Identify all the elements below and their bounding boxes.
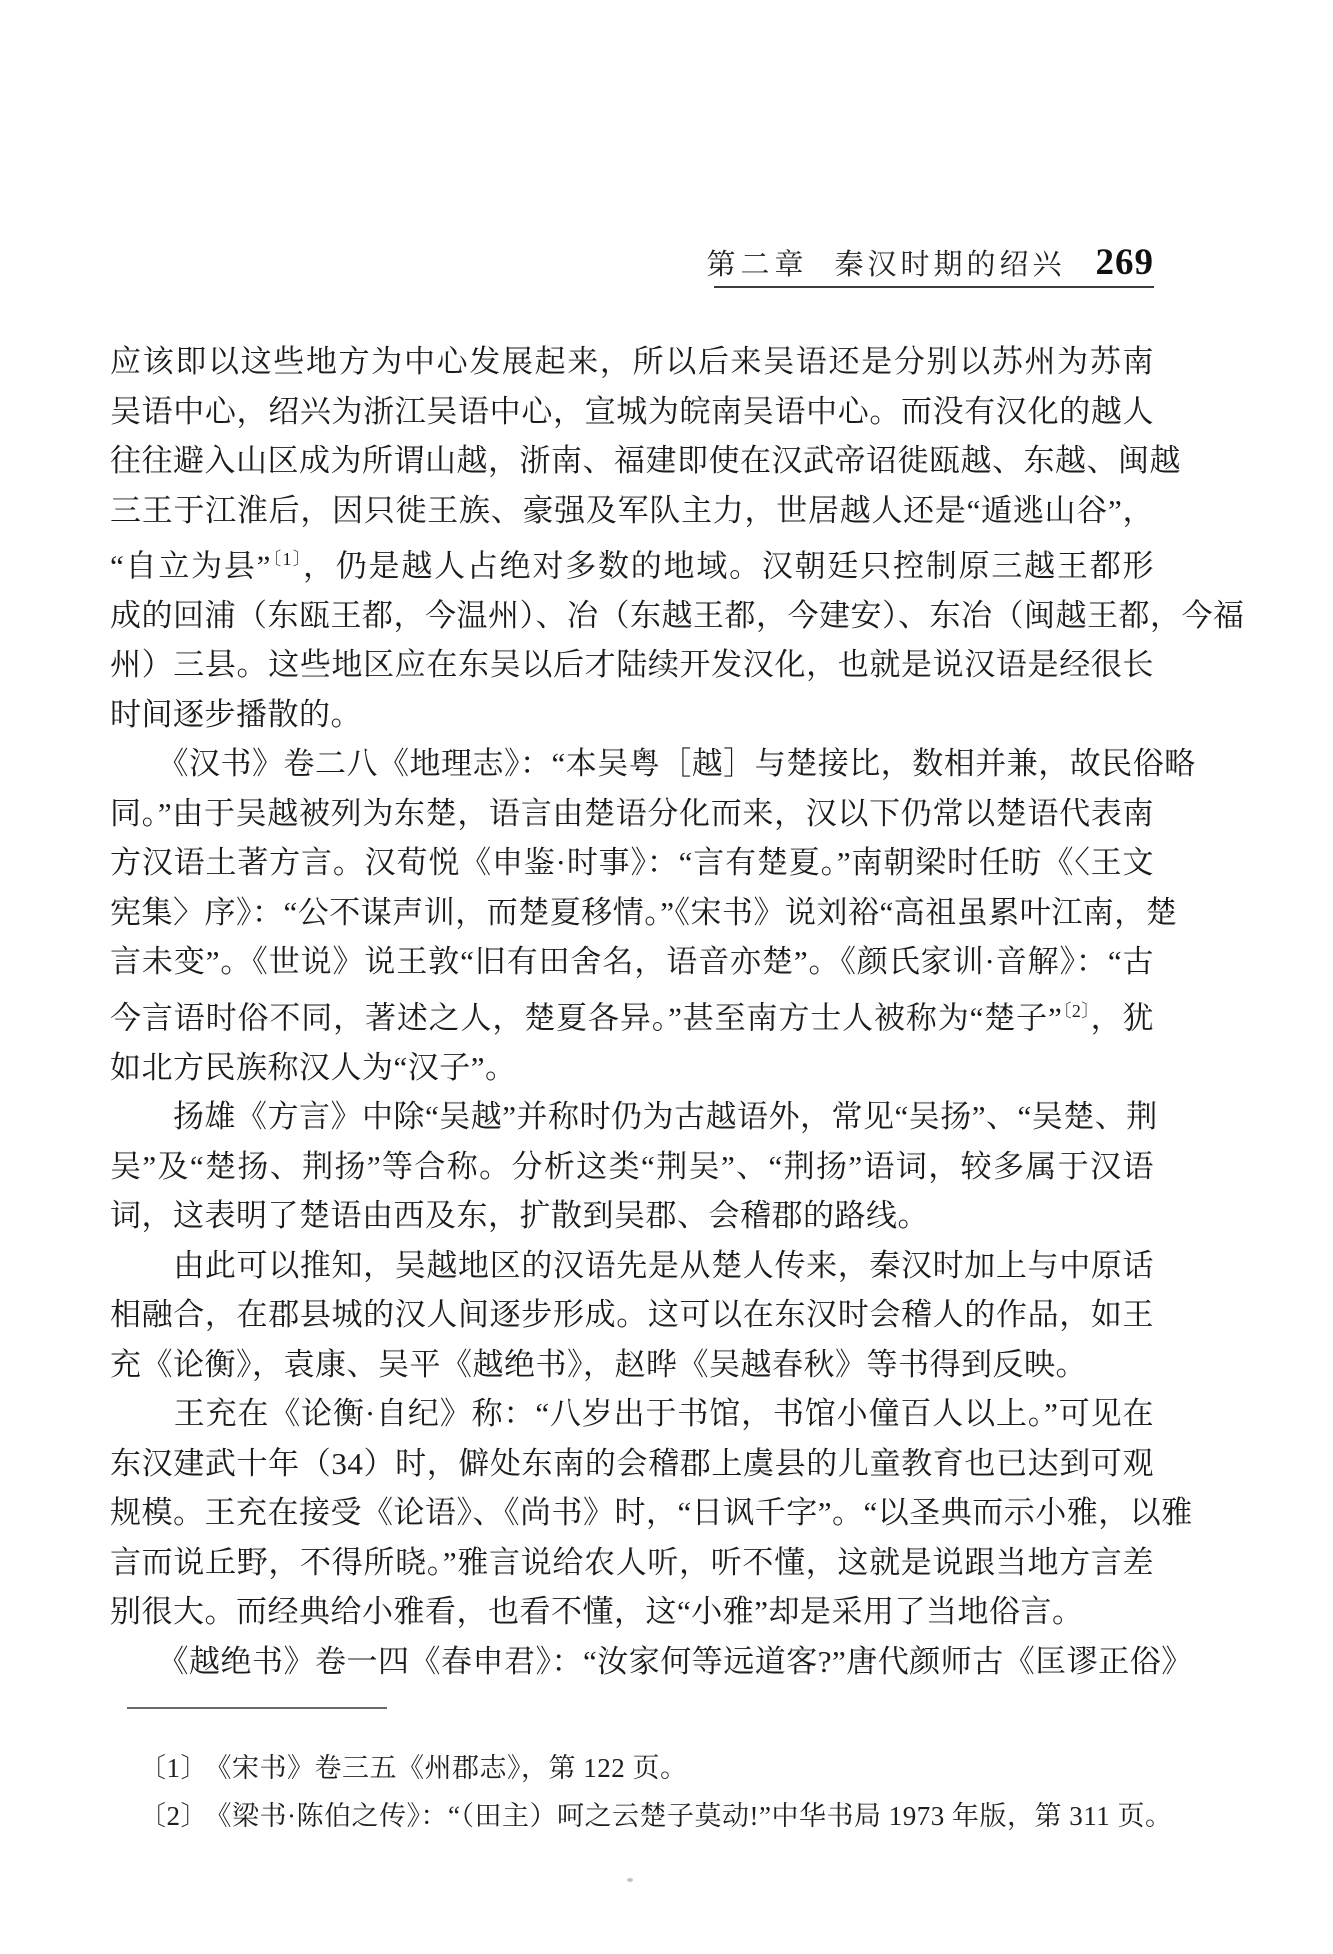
body-line: “自立为县”〔1〕，仍是越人占绝对多数的地域。汉朝廷只控制原三越王都形 (110, 535, 1154, 591)
body-line: 言而说丘野，不得所晓。”雅言说给农人听，听不懂，这就是说跟当地方言差 (110, 1538, 1154, 1588)
body-line-text: ，仍是越人占绝对多数的地域。汉朝廷只控制原三越王都形 (303, 548, 1154, 583)
body-line-text: 方汉语土著方言。汉荀悦《申鉴·时事》：“言有楚夏。”南朝梁时任昉《〈王文 (110, 845, 1154, 880)
body-line-text: 吴”及“楚扬、荆扬”等合称。分析这类“荆吴”、“荆扬”语词，较多属于汉语 (110, 1149, 1154, 1184)
body-line: 宪集〉序》：“公不谋声训，而楚夏移情。”《宋书》说刘裕“高祖虽累叶江南，楚 (110, 888, 1154, 938)
body-line: 规模。王充在接受《论语》、《尚书》时，“日讽千字”。“以圣典而示小雅，以雅 (110, 1488, 1154, 1538)
body-line-text: 州）三县。这些地区应在东吴以后才陆续开发汉化，也就是说汉语是经很长 (110, 647, 1154, 682)
body-line: 言未变”。《世说》说王敦“旧有田舍名，语音亦楚”。《颜氏家训·音解》：“古 (110, 937, 1154, 987)
body-line-text: 由此可以推知，吴越地区的汉语先是从楚人传来，秦汉时加上与中原话 (110, 1248, 1154, 1283)
body-line-text: 往往避入山区成为所谓山越，浙南、福建即使在汉武帝诏徙瓯越、东越、闽越 (110, 443, 1181, 478)
body-line: 今言语时俗不同，著述之人，楚夏各异。”甚至南方士人被称为“楚子”〔2〕，犹 (110, 987, 1154, 1043)
footnote-2: 〔2〕《梁书·陈伯之传》：“（田主）呵之云楚子莫动!”中华书局 1973 年版，… (139, 1792, 1189, 1840)
body-line-text: 《汉书》卷二八《地理志》：“本吴粤［越］与楚接比，数相并兼，故民俗略 (110, 746, 1196, 781)
body-line: 如北方民族称汉人为“汉子”。 (110, 1043, 1154, 1093)
footnote-reference: 〔2〕 (1062, 1001, 1090, 1021)
body-line: 同。”由于吴越被列为东楚，语言由楚语分化而来，汉以下仍常以楚语代表南 (110, 789, 1154, 839)
body-line: 相融合，在郡县城的汉人间逐步形成。这可以在东汉时会稽人的作品，如王 (110, 1290, 1154, 1340)
footnote-1-marker: 〔1〕 (139, 1753, 208, 1783)
body-line-text: 充《论衡》，袁康、吴平《越绝书》，赵晔《吴越春秋》等书得到反映。 (110, 1347, 1087, 1382)
body-line-text: 应该即以这些地方为中心发展起来，所以后来吴语还是分别以苏州为苏南 (110, 344, 1154, 379)
footnotes: 〔1〕《宋书》卷三五《州郡志》，第 122 页。 〔2〕《梁书·陈伯之传》：“（… (139, 1744, 1189, 1840)
body-line-text: 言而说丘野，不得所晓。”雅言说给农人听，听不懂，这就是说跟当地方言差 (110, 1545, 1154, 1580)
body-line: 吴语中心，绍兴为浙江吴语中心，宣城为皖南吴语中心。而没有汉化的越人 (110, 387, 1154, 437)
body-line: 吴”及“楚扬、荆扬”等合称。分析这类“荆吴”、“荆扬”语词，较多属于汉语 (110, 1142, 1154, 1192)
body-line-text: 王充在《论衡·自纪》称：“八岁出于书馆，书馆小僮百人以上。”可见在 (110, 1396, 1154, 1431)
chapter-title: 秦汉时期的绍兴 (834, 242, 1065, 283)
body-line: 时间逐步播散的。 (110, 690, 1154, 740)
body-line-text: 言未变”。《世说》说王敦“旧有田舍名，语音亦楚”。《颜氏家训·音解》：“古 (110, 944, 1154, 979)
body-line-text: 吴语中心，绍兴为浙江吴语中心，宣城为皖南吴语中心。而没有汉化的越人 (110, 394, 1154, 429)
footnote-reference: 〔1〕 (271, 549, 303, 569)
body-line-text: 宪集〉序》：“公不谋声训，而楚夏移情。”《宋书》说刘裕“高祖虽累叶江南，楚 (110, 895, 1177, 930)
body-line-text: 词，这表明了楚语由西及东，扩散到吴郡、会稽郡的路线。 (110, 1198, 929, 1233)
footnote-2-text: 《梁书·陈伯之传》：“（田主）呵之云楚子莫动!”中华书局 1973 年版，第 3… (218, 1801, 1172, 1831)
body-line: 应该即以这些地方为中心发展起来，所以后来吴语还是分别以苏州为苏南 (110, 337, 1154, 387)
body-line-text: 同。”由于吴越被列为东楚，语言由楚语分化而来，汉以下仍常以楚语代表南 (110, 796, 1154, 831)
body-line-text: 三王于江淮后，因只徙王族、豪强及军队主力，世居越人还是“遁逃山谷”， (110, 493, 1154, 528)
body-line: 方汉语土著方言。汉荀悦《申鉴·时事》：“言有楚夏。”南朝梁时任昉《〈王文 (110, 838, 1154, 888)
body-line: 往往避入山区成为所谓山越，浙南、福建即使在汉武帝诏徙瓯越、东越、闽越 (110, 436, 1154, 486)
body-line-text: 《越绝书》卷一四《春申君》：“汝家何等远道客?”唐代颜师古《匡谬正俗》 (110, 1644, 1193, 1679)
page-number: 269 (1096, 241, 1155, 284)
footnote-2-marker: 〔2〕 (139, 1801, 208, 1831)
body-line: 州）三县。这些地区应在东吴以后才陆续开发汉化，也就是说汉语是经很长 (110, 640, 1154, 690)
body-line-text: 东汉建武十年（34）时，僻处东南的会稽郡上虞县的儿童教育也已达到可观 (110, 1446, 1154, 1481)
footnote-1-text: 《宋书》卷三五《州郡志》，第 122 页。 (218, 1753, 688, 1783)
body-line: 《汉书》卷二八《地理志》：“本吴粤［越］与楚接比，数相并兼，故民俗略 (110, 739, 1154, 789)
body-line: 由此可以推知，吴越地区的汉语先是从楚人传来，秦汉时加上与中原话 (110, 1241, 1154, 1291)
body-line-text: 如北方民族称汉人为“汉子”。 (110, 1050, 517, 1085)
body-line-text: 别很大。而经典给小雅看，也看不懂，这“小雅”却是采用了当地俗言。 (110, 1594, 1084, 1629)
body-line-text: “自立为县” (110, 548, 271, 583)
footnote-1: 〔1〕《宋书》卷三五《州郡志》，第 122 页。 (139, 1744, 1189, 1792)
body-text: 应该即以这些地方为中心发展起来，所以后来吴语还是分别以苏州为苏南吴语中心，绍兴为… (110, 337, 1154, 1686)
body-line: 三王于江淮后，因只徙王族、豪强及军队主力，世居越人还是“遁逃山谷”， (110, 486, 1154, 536)
body-line: 《越绝书》卷一四《春申君》：“汝家何等远道客?”唐代颜师古《匡谬正俗》 (110, 1637, 1154, 1687)
chapter-label: 第二章 (706, 242, 808, 283)
running-head: 第二章 秦汉时期的绍兴 269 (712, 241, 1154, 284)
body-line-text: 规模。王充在接受《论语》、《尚书》时，“日讽千字”。“以圣典而示小雅，以雅 (110, 1495, 1193, 1530)
body-line: 词，这表明了楚语由西及东，扩散到吴郡、会稽郡的路线。 (110, 1191, 1154, 1241)
footnote-separator (127, 1707, 387, 1709)
scan-artifact (627, 1878, 633, 1882)
body-line-text: 相融合，在郡县城的汉人间逐步形成。这可以在东汉时会稽人的作品，如王 (110, 1297, 1154, 1332)
body-line-text: 扬雄《方言》中除“吴越”并称时仍为古越语外，常见“吴扬”、“吴楚、荆 (110, 1099, 1158, 1134)
header-rule (714, 286, 1154, 288)
body-line: 成的回浦（东瓯王都，今温州）、冶（东越王都，今建安）、东冶（闽越王都，今福 (110, 591, 1154, 641)
body-line: 东汉建武十年（34）时，僻处东南的会稽郡上虞县的儿童教育也已达到可观 (110, 1439, 1154, 1489)
book-page: 第二章 秦汉时期的绍兴 269 应该即以这些地方为中心发展起来，所以后来吴语还是… (0, 0, 1333, 1954)
body-line-text: 成的回浦（东瓯王都，今温州）、冶（东越王都，今建安）、东冶（闽越王都，今福 (110, 598, 1245, 633)
body-line: 别很大。而经典给小雅看，也看不懂，这“小雅”却是采用了当地俗言。 (110, 1587, 1154, 1637)
body-line: 充《论衡》，袁康、吴平《越绝书》，赵晔《吴越春秋》等书得到反映。 (110, 1340, 1154, 1390)
body-line-text: 时间逐步播散的。 (110, 697, 362, 732)
body-line-text: 今言语时俗不同，著述之人，楚夏各异。”甚至南方士人被称为“楚子” (110, 1000, 1062, 1035)
body-line: 扬雄《方言》中除“吴越”并称时仍为古越语外，常见“吴扬”、“吴楚、荆 (110, 1092, 1154, 1142)
body-line: 王充在《论衡·自纪》称：“八岁出于书馆，书馆小僮百人以上。”可见在 (110, 1389, 1154, 1439)
body-line-text: ，犹 (1091, 1000, 1154, 1035)
